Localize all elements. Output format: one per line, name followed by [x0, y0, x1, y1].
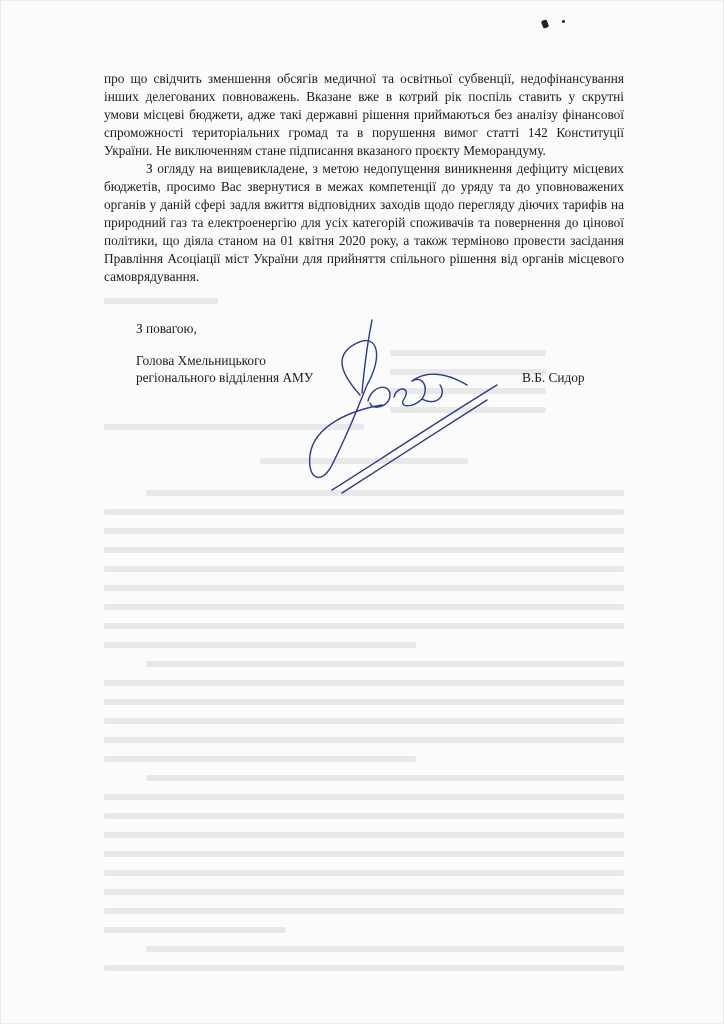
paragraph-request: З огляду на вищевикладене, з метою недоп… — [104, 160, 624, 286]
scan-speck — [541, 19, 549, 29]
scan-speck — [562, 20, 566, 24]
bleed-through-body — [104, 490, 624, 984]
letter-body: про що свідчить зменшення обсягів медичн… — [104, 70, 624, 286]
closing-phrase: З повагою, — [136, 320, 197, 337]
handwritten-signature-icon — [272, 315, 502, 495]
signer-name: В.Б. Сидор — [522, 369, 585, 386]
scanned-letter-page: про що свідчить зменшення обсягів медичн… — [0, 0, 724, 1024]
paragraph-consequences: про що свідчить зменшення обсягів медичн… — [104, 70, 624, 160]
